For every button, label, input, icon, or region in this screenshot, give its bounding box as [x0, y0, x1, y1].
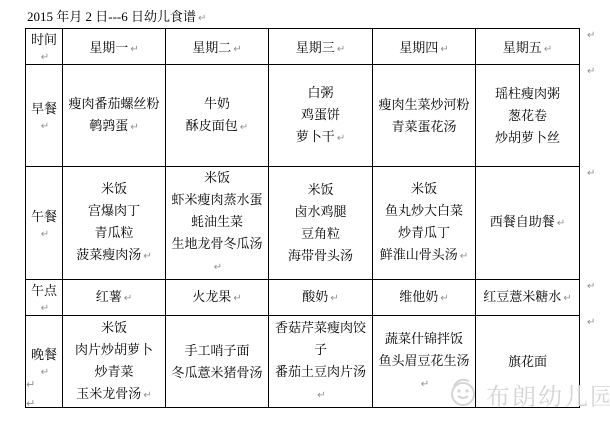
dish-line: 葱花卷 [479, 105, 576, 127]
return-mark-icon: ↵ [41, 121, 49, 132]
dish-line: 瘦肉生菜炒河粉 [376, 94, 472, 116]
row-label: 午点↵ [26, 280, 63, 316]
return-mark-icon: ↵ [563, 293, 571, 304]
row-label: 早餐↵ [26, 65, 63, 167]
dish-line: 米饭 [169, 167, 265, 189]
page-title-text: 2015 年月 2 日---6 日幼儿食谱 [27, 9, 196, 24]
dish-line: 鸡蛋饼 [272, 104, 369, 126]
return-mark-icon: ↵ [421, 379, 429, 390]
menu-cell: 酸奶↵ [269, 280, 373, 316]
dish-line: 酸奶↵ [272, 286, 369, 310]
table-row: 早餐↵瘦肉番茄螺丝粉鹌鹑蛋↵牛奶酥皮面包↵白粥鸡蛋饼萝卜干↵瘦肉生菜炒河粉青菜蛋… [26, 65, 580, 167]
column-header: 星期四↵ [373, 29, 476, 65]
menu-table: 时间↵星期一↵星期二↵星期三↵星期四↵星期五↵早餐↵瘦肉番茄螺丝粉鹌鹑蛋↵牛奶酥… [25, 28, 580, 408]
menu-cell: 瘦肉番茄螺丝粉鹌鹑蛋↵ [63, 65, 166, 167]
title-return-mark-icon: ↵ [198, 13, 206, 24]
dish-line: 青菜蛋花汤 [376, 116, 472, 138]
return-mark-icon: ↵ [233, 44, 241, 55]
return-mark-icon: ↵ [337, 44, 345, 55]
dish-line: 手工哨子面 [169, 340, 265, 362]
dish-line: 蚝油生菜 [169, 211, 265, 233]
menu-cell: 红薯↵ [63, 280, 166, 316]
watermark: 布朗幼儿园 [446, 374, 610, 415]
return-mark-icon: ↵ [440, 44, 448, 55]
dish-line: 炒青菜 [66, 361, 162, 383]
menu-cell: 米饭宫爆肉丁青瓜粒菠菜瘦肉汤↵ [63, 167, 166, 280]
dish-line: 瘦肉番茄螺丝粉 [66, 93, 162, 115]
return-mark-icon: ↵ [240, 122, 248, 133]
dish-line: 炒胡萝卜丝 [479, 127, 576, 149]
dish-line: 宫爆肉丁 [66, 200, 162, 222]
row-label: 午餐↵ [26, 167, 63, 280]
dish-line: 米饭 [66, 178, 162, 200]
dish-line: 冬瓜薏米猪骨汤 [169, 362, 265, 384]
return-mark-icon: ↵ [124, 293, 132, 304]
kindergarten-logo-icon [446, 374, 480, 415]
return-mark-icon: ↵ [130, 44, 138, 55]
dish-line: 鲜淮山骨头汤↵ [376, 244, 472, 268]
dish-line: 鱼丸炒大白菜 [376, 200, 472, 222]
menu-cell: 香菇芹菜瘦肉饺子番茄土豆肉片汤↵ [269, 316, 373, 408]
dish-line: 酥皮面包↵ [169, 115, 265, 139]
page-title: 2015 年月 2 日---6 日幼儿食谱↵ [27, 6, 206, 25]
menu-cell: 米饭肉片炒胡萝卜炒青菜玉米龙骨汤↵ [63, 316, 166, 408]
row-end-mark-icon: ↵ [587, 168, 595, 179]
return-mark-icon: ↵ [214, 262, 222, 273]
table-row: 午点↵红薯↵火龙果↵酸奶↵维他奶↵红豆薏米糖水↵ [26, 280, 580, 316]
paragraph-mark-icon: ↵ [26, 378, 35, 391]
dish-line: 米饭 [376, 178, 472, 200]
return-mark-icon: ↵ [317, 390, 325, 401]
dish-line: 西餐自助餐↵ [479, 211, 576, 235]
dish-line: 卤水鸡腿 [272, 201, 369, 223]
menu-cell: 手工哨子面冬瓜薏米猪骨汤 [166, 316, 269, 408]
menu-cell: 红豆薏米糖水↵ [476, 280, 580, 316]
paragraph-mark-icon: ↵ [26, 397, 35, 410]
return-mark-icon: ↵ [130, 122, 138, 133]
document-page: 2015 年月 2 日---6 日幼儿食谱↵ 时间↵星期一↵星期二↵星期三↵星期… [0, 0, 610, 423]
return-mark-icon: ↵ [143, 390, 151, 401]
menu-cell: 火龙果↵ [166, 280, 269, 316]
dish-line: 虾米瘦肉蒸水蛋 [169, 189, 265, 211]
dish-line: 海带骨头汤 [272, 245, 369, 267]
dish-line: 炒青瓜丁 [376, 222, 472, 244]
menu-cell: 瘦肉生菜炒河粉青菜蛋花汤 [373, 65, 476, 167]
dish-line: 米饭 [66, 317, 162, 339]
return-mark-icon: ↵ [544, 44, 552, 55]
dish-line: 生地龙骨冬瓜汤↵ [169, 233, 265, 279]
menu-cell: 牛奶酥皮面包↵ [166, 65, 269, 167]
return-mark-icon: ↵ [330, 293, 338, 304]
dish-line: 香菇芹菜瘦肉饺子 [272, 317, 369, 361]
return-mark-icon: ↵ [557, 218, 565, 229]
dish-line: 豆角粒 [272, 223, 369, 245]
dish-line: 红豆薏米糖水↵ [479, 286, 576, 310]
row-label: 晚餐↵ [26, 316, 63, 408]
column-header: 星期一↵ [63, 29, 166, 65]
menu-cell: 米饭鱼丸炒大白菜炒青瓜丁鲜淮山骨头汤↵ [373, 167, 476, 280]
row-end-mark-icon: ↵ [587, 317, 595, 328]
dish-line: 鹌鹑蛋↵ [66, 115, 162, 139]
dish-line: 火龙果↵ [169, 286, 265, 310]
column-header-time: 时间↵ [26, 29, 63, 65]
watermark-text: 布朗幼儿园 [486, 377, 610, 412]
row-end-mark-icon: ↵ [587, 66, 595, 77]
return-mark-icon: ↵ [233, 293, 241, 304]
column-header: 星期二↵ [166, 29, 269, 65]
dish-line: 米饭 [272, 179, 369, 201]
return-mark-icon: ↵ [41, 367, 49, 378]
dish-line: 旗花面 [479, 351, 576, 373]
return-mark-icon: ↵ [143, 251, 151, 262]
menu-cell: 米饭卤水鸡腿豆角粒海带骨头汤 [269, 167, 373, 280]
return-mark-icon: ↵ [41, 229, 49, 240]
dish-line: 菠菜瘦肉汤↵ [66, 244, 162, 268]
return-mark-icon: ↵ [337, 133, 345, 144]
return-mark-icon: ↵ [41, 303, 49, 314]
menu-cell: 白粥鸡蛋饼萝卜干↵ [269, 65, 373, 167]
dish-line: 瑶柱瘦肉粥 [479, 83, 576, 105]
column-header: 星期三↵ [269, 29, 373, 65]
menu-cell: 维他奶↵ [373, 280, 476, 316]
row-end-mark-icon: ↵ [587, 281, 595, 292]
menu-cell: 瑶柱瘦肉粥葱花卷炒胡萝卜丝 [476, 65, 580, 167]
dish-line: 红薯↵ [66, 286, 162, 310]
dish-line: 牛奶 [169, 93, 265, 115]
table-row: 午餐↵米饭宫爆肉丁青瓜粒菠菜瘦肉汤↵米饭虾米瘦肉蒸水蛋蚝油生菜生地龙骨冬瓜汤↵米… [26, 167, 580, 280]
dish-line: 维他奶↵ [376, 286, 472, 310]
dish-line: 白粥 [272, 82, 369, 104]
return-mark-icon: ↵ [41, 52, 49, 63]
dish-line: 玉米龙骨汤↵ [66, 383, 162, 407]
column-header: 星期五↵ [476, 29, 580, 65]
dish-line: 萝卜干↵ [272, 126, 369, 150]
dish-line: 青瓜粒 [66, 222, 162, 244]
table-area: 时间↵星期一↵星期二↵星期三↵星期四↵星期五↵早餐↵瘦肉番茄螺丝粉鹌鹑蛋↵牛奶酥… [25, 28, 610, 408]
menu-cell: 米饭虾米瘦肉蒸水蛋蚝油生菜生地龙骨冬瓜汤↵ [166, 167, 269, 280]
return-mark-icon: ↵ [460, 251, 468, 262]
dish-line: 蔬菜什锦拌饭 [376, 328, 472, 350]
menu-cell: 西餐自助餐↵ [476, 167, 580, 280]
row-end-mark-icon: ↵ [587, 30, 595, 41]
return-mark-icon: ↵ [440, 293, 448, 304]
dish-line: 番茄土豆肉片汤↵ [272, 361, 369, 407]
dish-line: 肉片炒胡萝卜 [66, 339, 162, 361]
